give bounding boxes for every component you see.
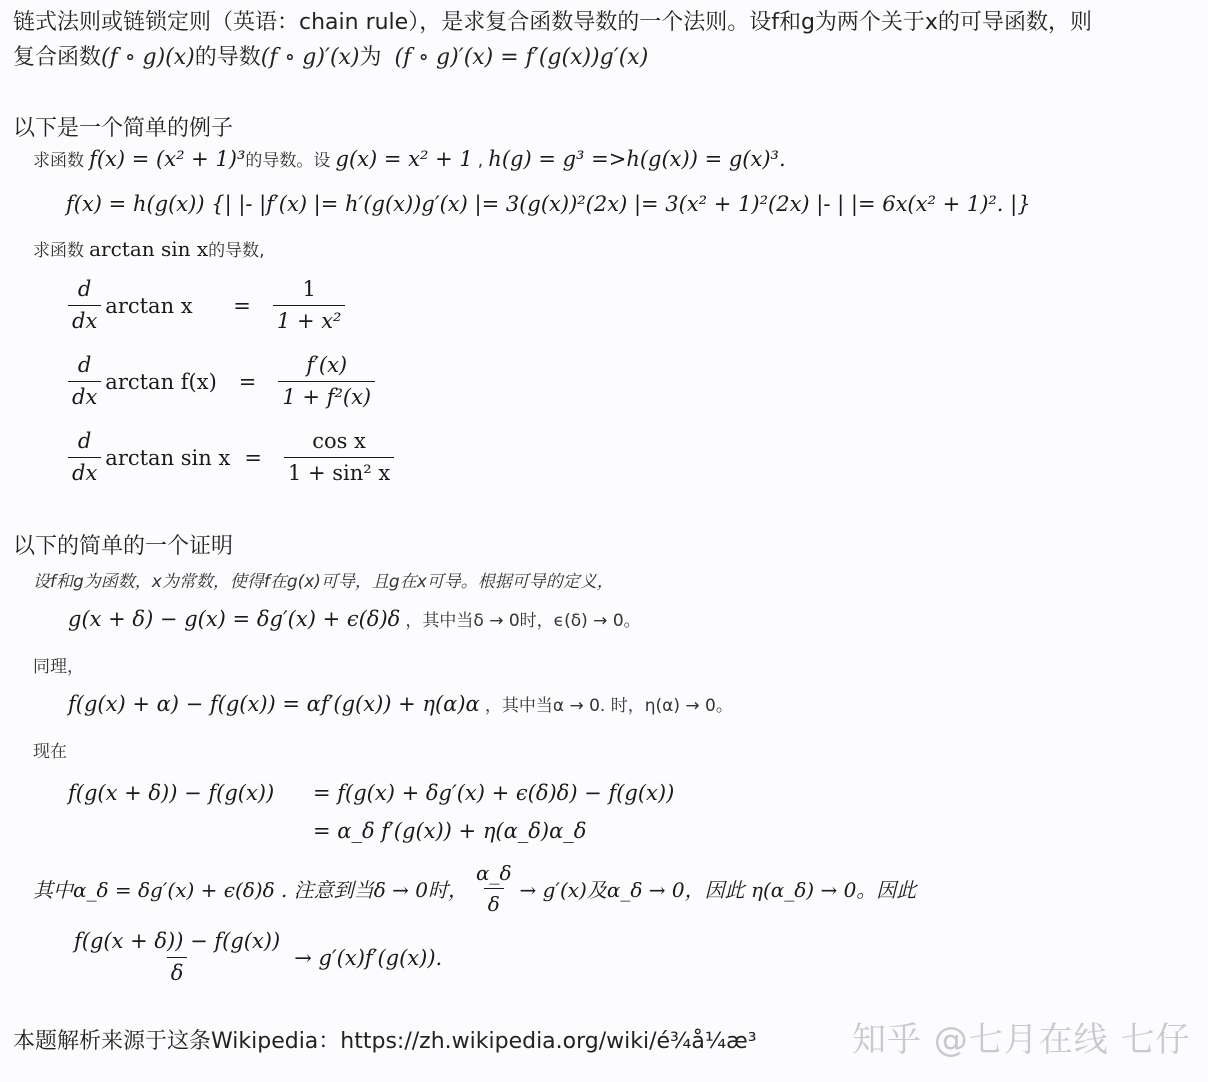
d-dx-operator: ddx <box>68 352 101 412</box>
eq3-lhs: f(g(x + δ)) − f(g(x)) <box>68 781 274 805</box>
ex2-suffix: 的导数, <box>208 241 264 261</box>
ex1-g-definition: g(x) = x² + 1 <box>336 147 473 171</box>
lhs-expression: arctan x <box>105 294 225 318</box>
ex1-function: f(x) = (x² + 1)³ <box>89 147 245 171</box>
zhihu-watermark: 知乎 @七月在线 七仔 <box>852 1012 1191 1061</box>
ex1-comma: , <box>478 151 483 171</box>
intro-line-1: 链式法则或链锁定则（英语：chain rule），是求复合函数导数的一个法则。设… <box>13 6 1092 40</box>
source-label: 本题解析来源于这条Wikipedia： <box>13 1029 340 1054</box>
chain-rule-formula: (f ∘ g)′(x) = f′(g(x))g′(x) <box>395 45 649 70</box>
intro-composite-label: 复合函数 <box>13 45 101 70</box>
rhs-fraction: cos x1 + sin² x <box>284 428 394 488</box>
ex2-prefix: 求函数 <box>33 241 84 261</box>
difference-quotient-fraction: f(g(x + δ)) − f(g(x))δ <box>70 928 284 988</box>
composite-derivative-expr: (f ∘ g)′(x) <box>261 45 360 70</box>
d-dx-operator: ddx <box>68 428 101 488</box>
intro-wei-label: 为 <box>360 45 382 70</box>
intro-line-2: 复合函数(f ∘ g)(x)的导数(f ∘ g)′(x)为 (f ∘ g)′(x… <box>13 41 648 75</box>
rhs-fraction: 11 + x² <box>273 276 346 336</box>
equals-sign: = <box>239 370 257 394</box>
eq3-rhs-line-1: = f(g(x) + δg′(x) + ϵ(δ)δ) − f(g(x)) <box>313 781 674 805</box>
equals-sign: = <box>233 294 251 318</box>
rhs-fraction: f′(x)1 + f²(x) <box>278 352 375 412</box>
alpha-over-delta-fraction: α_δδ <box>472 860 516 917</box>
source-url-link[interactable]: https://zh.wikipedia.org/wiki/é¾å¼æ³ <box>340 1029 756 1054</box>
eq2-note: ，其中当α → 0. 时，η(α) → 0。 <box>485 696 733 716</box>
ex2-function: arctan sin x <box>89 237 208 261</box>
proof-where-statement: 其中α_δ = δg′(x) + ϵ(δ)δ . 注意到当δ → 0时， α_δ… <box>33 860 916 917</box>
example-heading: 以下是一个简单的例子 <box>13 111 233 142</box>
intro-derivative-label: 的导数 <box>195 45 261 70</box>
source-line: 本题解析来源于这条Wikipedia：https://zh.wikipedia.… <box>13 1024 757 1055</box>
ex1-suffix: 的导数。设 <box>245 151 330 171</box>
lhs-expression: arctan sin x <box>105 446 230 470</box>
now-label: 现在 <box>33 737 67 762</box>
eq3-rhs-line-2: = α_δ f′(g(x)) + η(α_δ)α_δ <box>313 819 586 843</box>
eq1-note: ，其中当δ → 0时，ϵ(δ) → 0。 <box>405 611 640 631</box>
proof-heading: 以下的简单的一个证明 <box>13 529 233 560</box>
arctan-row-3: ddx arctan sin x = cos x1 + sin² x <box>64 428 398 488</box>
d-dx-operator: ddx <box>68 276 101 336</box>
ex1-prefix: 求函数 <box>33 151 84 171</box>
proof-assumption: 设f和g为函数，x为常数，使得f在g(x)可导，且g在x可导。根据可导的定义， <box>33 567 614 592</box>
eq2-expression: f(g(x) + α) − f(g(x)) = αf′(g(x)) + η(α)… <box>68 692 480 716</box>
where-prefix: 其中α_δ = δg′(x) + ϵ(δ)δ . 注意到当δ → 0时， <box>33 874 468 903</box>
where-suffix: → g′(x)及α_δ → 0，因此 η(α_δ) → 0。因此 <box>520 874 917 903</box>
ex1-h-definition: h(g) = g³ =>h(g(x)) = g(x)³. <box>488 147 785 171</box>
equals-sign: = <box>244 446 262 470</box>
similarly-label: 同理， <box>33 652 84 677</box>
final-limit-equation: f(g(x + δ)) − f(g(x))δ → g′(x)f′(g(x)). <box>66 928 442 988</box>
lhs-expression: arctan f(x) <box>105 370 216 394</box>
final-rhs: → g′(x)f′(g(x)). <box>294 946 442 970</box>
example-2-statement: 求函数 arctan sin x的导数, <box>33 236 265 261</box>
eq1-expression: g(x + δ) − g(x) = δg′(x) + ϵ(δ)δ <box>68 607 400 631</box>
arctan-row-2: ddx arctan f(x) = f′(x)1 + f²(x) <box>64 352 379 412</box>
example-1-statement: 求函数 f(x) = (x² + 1)³的导数。设 g(x) = x² + 1 … <box>33 146 786 171</box>
composite-function-expr: (f ∘ g)(x) <box>101 45 195 70</box>
example-1-chain-derivation: f(x) = h(g(x)) {| |- |f′(x) |= h′(g(x))g… <box>66 192 1031 216</box>
proof-equation-2: f(g(x) + α) − f(g(x)) = αf′(g(x)) + η(α)… <box>68 691 733 716</box>
proof-equation-1: g(x + δ) − g(x) = δg′(x) + ϵ(δ)δ ，其中当δ →… <box>68 606 641 631</box>
arctan-row-1: ddx arctan x = 11 + x² <box>64 276 349 336</box>
